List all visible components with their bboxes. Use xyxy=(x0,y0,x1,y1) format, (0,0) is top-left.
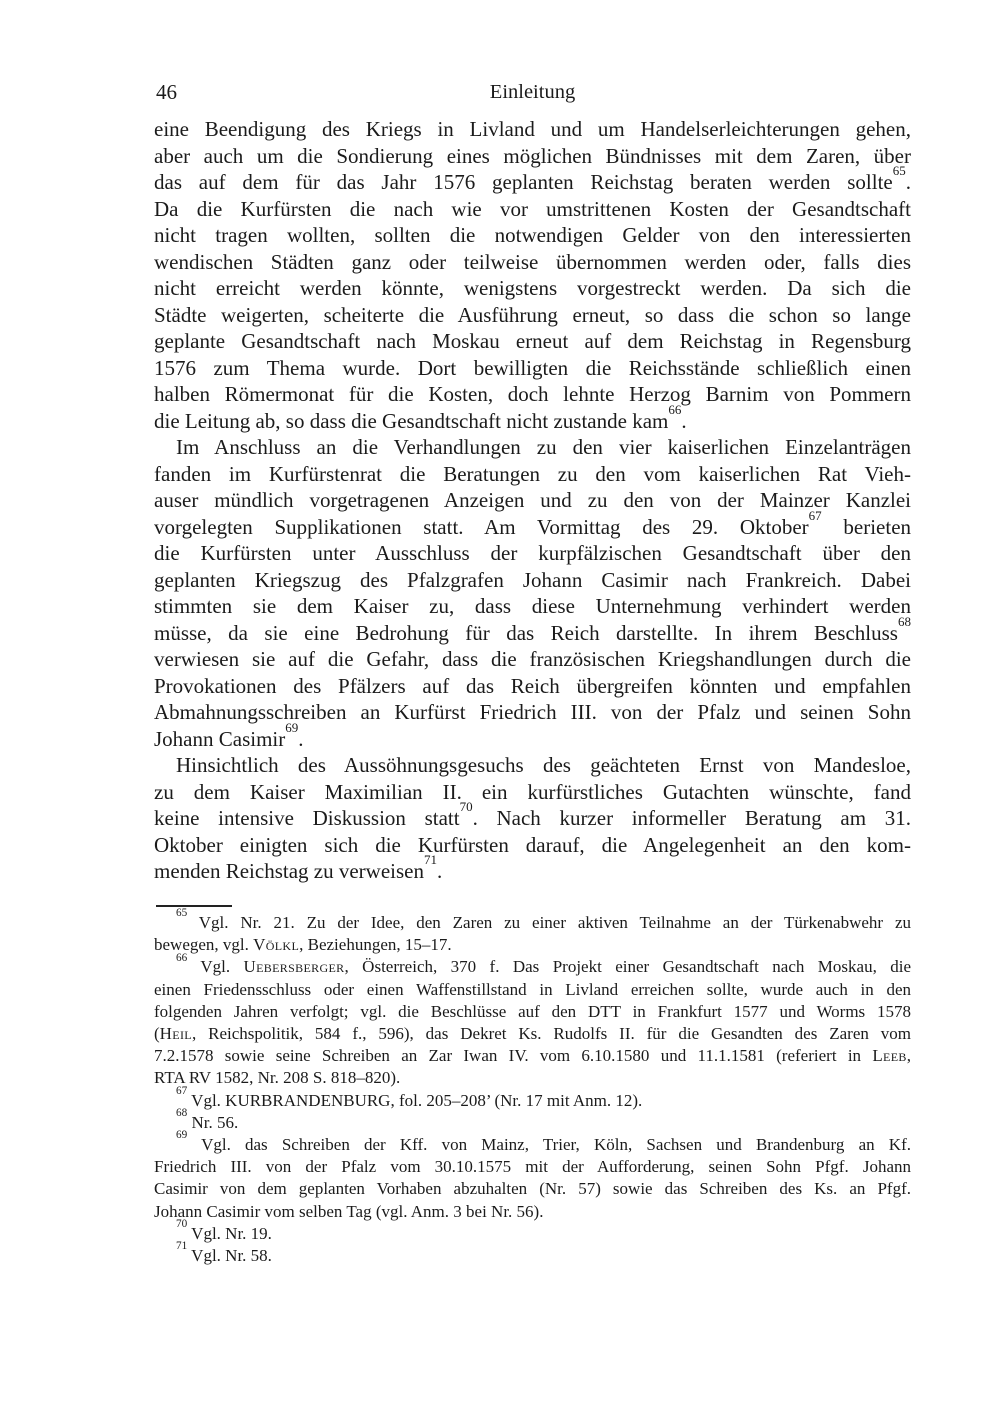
page-header: 46 Einleitung xyxy=(154,79,911,105)
text-line: die Leitung ab, so dass die Gesandtschaf… xyxy=(154,408,911,435)
small-caps-name: Leeb xyxy=(872,1046,906,1065)
footnote-reference: 68 xyxy=(898,614,911,629)
text-line: wendischen Städten ganz oder teilweise ü… xyxy=(154,249,911,276)
text-line: Oktober einigten sich die Kurfürsten dar… xyxy=(154,832,911,859)
text-line: verwiesen sie auf die Gefahr, dass die f… xyxy=(154,646,911,673)
footnote-line: 7.2.1578 sowie seine Schreiben an Zar Iw… xyxy=(154,1045,911,1067)
footnote-70: 70 Vgl. Nr. 19. xyxy=(154,1223,911,1245)
book-page: 46 Einleitung eine Beendigung des Kriegs… xyxy=(0,0,1004,1418)
footnote-line: Friedrich III. von der Pfalz vom 30.10.1… xyxy=(154,1156,911,1178)
text-line: vorgelegten Supplikationen statt. Am Vor… xyxy=(154,514,911,541)
footnote-line: 65 Vgl. Nr. 21. Zu der Idee, den Zaren z… xyxy=(154,912,911,934)
footnote-reference: 65 xyxy=(176,907,187,919)
running-head: Einleitung xyxy=(154,79,911,105)
body-paragraph: Hinsichtlich des Aussöhnungsgesuchs des … xyxy=(154,752,911,885)
footnote-reference: 66 xyxy=(668,402,681,417)
small-caps-name: Uebersberger xyxy=(243,957,344,976)
text-line: auser mündlich vorgetragenen Anzeigen un… xyxy=(154,487,911,514)
text-line: Im Anschluss an die Verhandlungen zu den… xyxy=(154,434,911,461)
small-caps-name: Heil xyxy=(160,1024,192,1043)
body-paragraph: eine Beendigung des Kriegs in Livland un… xyxy=(154,116,911,434)
footnote-66: 66 Vgl. Uebersberger, Österreich, 370 f.… xyxy=(154,956,911,1089)
footnote-line: bewegen, vgl. Völkl, Beziehungen, 15–17. xyxy=(154,934,911,956)
main-text: eine Beendigung des Kriegs in Livland un… xyxy=(154,116,911,885)
text-line: das auf dem für das Jahr 1576 geplanten … xyxy=(154,169,911,196)
footnote-68: 68 Nr. 56. xyxy=(154,1112,911,1134)
footnote-reference: 69 xyxy=(176,1129,187,1141)
text-line: keine intensive Diskussion statt70. Nach… xyxy=(154,805,911,832)
footnote-reference: 66 xyxy=(176,952,187,964)
text-line: Da die Kurfürsten die nach wie vor umstr… xyxy=(154,196,911,223)
text-line: halben Römermonat für die Kosten, doch l… xyxy=(154,381,911,408)
text-line: Hinsichtlich des Aussöhnungsgesuchs des … xyxy=(154,752,911,779)
footnote-line: 70 Vgl. Nr. 19. xyxy=(154,1223,911,1245)
footnote-line: folgenden Jahren verfolgt; vgl. die Besc… xyxy=(154,1001,911,1023)
text-line: eine Beendigung des Kriegs in Livland un… xyxy=(154,116,911,143)
footnote-line: 67 Vgl. KURBRANDENBURG, fol. 205–208’ (N… xyxy=(154,1090,911,1112)
footnote-reference: 71 xyxy=(424,852,437,867)
footnote-line: RTA RV 1582, Nr. 208 S. 818–820). xyxy=(154,1067,911,1089)
text-line: stimmten sie dem Kaiser zu, dass diese U… xyxy=(154,593,911,620)
body-paragraph: Im Anschluss an die Verhandlungen zu den… xyxy=(154,434,911,752)
footnote-line: 71 Vgl. Nr. 58. xyxy=(154,1245,911,1267)
text-line: Städte weigerten, scheiterte die Ausführ… xyxy=(154,302,911,329)
footnote-69: 69 Vgl. das Schreiben der Kff. von Mainz… xyxy=(154,1134,911,1223)
text-line: 1576 zum Thema wurde. Dort bewilligten d… xyxy=(154,355,911,382)
footnote-line: 66 Vgl. Uebersberger, Österreich, 370 f.… xyxy=(154,956,911,978)
text-line: Johann Casimir69. xyxy=(154,726,911,753)
footnote-67: 67 Vgl. KURBRANDENBURG, fol. 205–208’ (N… xyxy=(154,1090,911,1112)
footnote-line: (Heil, Reichspolitik, 584 f., 596), das … xyxy=(154,1023,911,1045)
footnote-reference: 71 xyxy=(176,1240,187,1252)
footnote-reference: 65 xyxy=(893,163,906,178)
text-line: fanden im Kurfürstenrat die Beratungen z… xyxy=(154,461,911,488)
footnote-line: Johann Casimir vom selben Tag (vgl. Anm.… xyxy=(154,1201,911,1223)
footnote-71: 71 Vgl. Nr. 58. xyxy=(154,1245,911,1267)
text-line: Provokationen des Pfälzers auf das Reich… xyxy=(154,673,911,700)
text-line: geplanten Kriegszug des Pfalzgrafen Joha… xyxy=(154,567,911,594)
small-caps-name: Völkl xyxy=(253,935,299,954)
text-line: menden Reichstag zu verweisen71. xyxy=(154,858,911,885)
text-line: zu dem Kaiser Maximilian II. ein kurfürs… xyxy=(154,779,911,806)
page-number: 46 xyxy=(156,79,177,105)
footnote-line: einen Friedensschluss oder einen Waffens… xyxy=(154,979,911,1001)
footnote-separator xyxy=(156,905,232,907)
footnote-reference: 68 xyxy=(176,1107,187,1119)
footnote-65: 65 Vgl. Nr. 21. Zu der Idee, den Zaren z… xyxy=(154,912,911,956)
footnotes-block: 65 Vgl. Nr. 21. Zu der Idee, den Zaren z… xyxy=(154,912,911,1267)
footnote-reference: 70 xyxy=(460,799,473,814)
text-line: nicht tragen wollten, sollten die notwen… xyxy=(154,222,911,249)
footnote-reference: 69 xyxy=(285,720,298,735)
text-line: müsse, da sie eine Bedrohung für das Rei… xyxy=(154,620,911,647)
footnote-reference: 67 xyxy=(176,1085,187,1097)
footnote-line: Casimir von dem geplanten Vorhaben abzuh… xyxy=(154,1178,911,1200)
text-line: aber auch um die Sondierung eines möglic… xyxy=(154,143,911,170)
footnote-reference: 70 xyxy=(176,1218,187,1230)
text-line: Abmahnungsschreiben an Kurfürst Friedric… xyxy=(154,699,911,726)
text-line: die Kurfürsten unter Ausschluss der kurp… xyxy=(154,540,911,567)
text-line: geplante Gesandtschaft nach Moskau erneu… xyxy=(154,328,911,355)
footnote-line: 69 Vgl. das Schreiben der Kff. von Mainz… xyxy=(154,1134,911,1156)
text-line: nicht erreicht werden könnte, wenigstens… xyxy=(154,275,911,302)
footnote-line: 68 Nr. 56. xyxy=(154,1112,911,1134)
footnote-reference: 67 xyxy=(809,508,822,523)
